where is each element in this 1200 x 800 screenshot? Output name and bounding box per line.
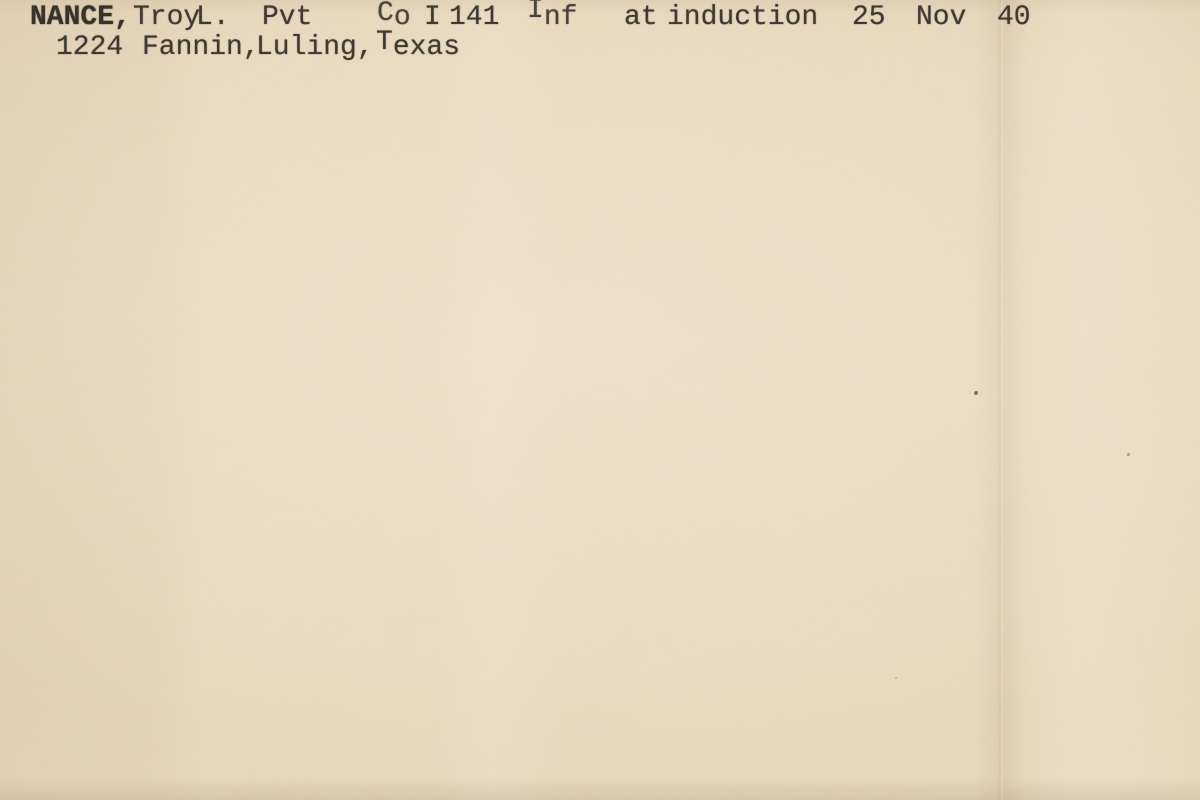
infantry-abbr-nf: nf [544,2,578,33]
company-abbr-c: C [377,0,394,29]
state-name-text: Texas [376,34,460,62]
regiment-number-text: 141 [449,4,499,32]
middle-initial-text: L. [196,4,230,32]
typewritten-text: NANCE, Troy L. Pvt Co I 141 Inf at induc… [0,0,1200,800]
index-card: NANCE, Troy L. Pvt Co I 141 Inf at induc… [0,0,1200,800]
surname-text: NANCE, [30,4,131,32]
city-name-text: Luling, [256,34,374,62]
state-name-t: T [376,27,393,58]
induction-date-month: Nov [916,4,966,32]
at-word-text: at [624,4,658,32]
street-name-text: Fannin, [142,34,260,62]
rank-text: Pvt [262,4,312,32]
company-letter-text: I [424,4,441,32]
infantry-abbr-i: I [527,0,544,26]
house-number-text: 1224 [56,34,123,62]
company-abbr-o: o [394,2,411,33]
induction-word-text: induction [667,4,818,32]
induction-date-year: 40 [997,4,1031,32]
given-name-text: Troy [133,4,200,32]
induction-date-day: 25 [852,4,886,32]
infantry-abbr-text: Inf [527,4,577,32]
state-name-rest: exas [393,32,460,63]
